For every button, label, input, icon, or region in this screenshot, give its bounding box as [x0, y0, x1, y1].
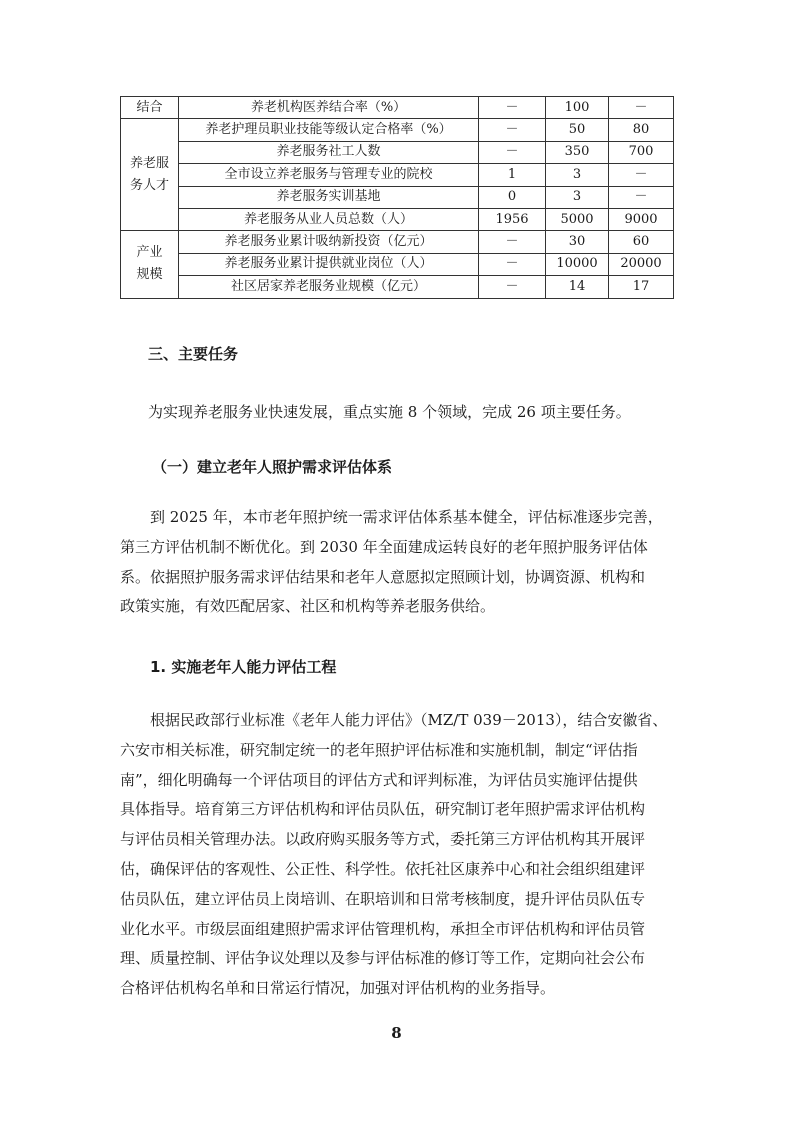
- paragraph-1: 到 2025 年，本市老年照护统一需求评估体系基本健全，评估标准逐步完善， 第三…: [120, 503, 675, 622]
- table-cell-indicator: 养老服务实训基地: [179, 186, 479, 208]
- table-cell-value: 1: [479, 164, 546, 186]
- table-row: 全市设立养老服务与管理专业的院校 1 3 －: [121, 164, 674, 186]
- table-row: 社区居家养老服务业规模（亿元） － 14 17: [121, 276, 674, 298]
- table-cell-value: 14: [546, 276, 609, 298]
- table-row: 养老服务社工人数 － 350 700: [121, 141, 674, 163]
- table-row: 结合 养老机构医养结合率（%） － 100 －: [121, 97, 674, 119]
- table-row: 养老服务实训基地 0 3 －: [121, 186, 674, 208]
- table-cell-value: －: [479, 141, 546, 163]
- paragraph-line: 理、质量控制、评估争议处理以及参与评估标准的修订等工作，定期向社会公布: [120, 944, 675, 974]
- category-line: 规模: [136, 267, 162, 282]
- table-cell-value: 9000: [609, 208, 674, 230]
- table-cell-value: －: [609, 164, 674, 186]
- table-cell-category: 结合: [121, 97, 179, 119]
- intro-paragraph: 为实现养老服务业快速发展，重点实施 8 个领域，完成 26 项主要任务。: [148, 398, 678, 428]
- table-row: 产业 规模 养老服务业累计吸纳新投资（亿元） － 30 60: [121, 231, 674, 253]
- paragraph-line: 与评估员相关管理办法。以政府购买服务等方式，委托第三方评估机构其开展评: [120, 825, 675, 855]
- table-cell-indicator: 养老机构医养结合率（%）: [179, 97, 479, 119]
- paragraph-line: 第三方评估机制不断优化。到 2030 年全面建成运转良好的老年照护服务评估体: [120, 533, 675, 563]
- table-cell-indicator: 养老护理员职业技能等级认定合格率（%）: [179, 119, 479, 141]
- indicator-table: 结合 养老机构医养结合率（%） － 100 － 养老服 务人才 养老护理员职业技…: [120, 96, 674, 299]
- paragraph-line: 根据民政部行业标准《老年人能力评估》（MZ/T 039－2013），结合安徽省、: [120, 706, 675, 736]
- category-line: 产业: [136, 245, 162, 260]
- table-cell-indicator: 社区居家养老服务业规模（亿元）: [179, 276, 479, 298]
- section-heading: 三、主要任务: [148, 343, 238, 364]
- table-row: 养老服务业累计提供就业岗位（人） － 10000 20000: [121, 253, 674, 275]
- paragraph-line: 六安市相关标准，研究制定统一的老年照护评估标准和实施机制，制定“评估指: [120, 736, 675, 766]
- table-cell-value: －: [609, 97, 674, 119]
- table-cell-value: 0: [479, 186, 546, 208]
- table-cell-value: 50: [546, 119, 609, 141]
- paragraph-line: 合格评估机构名单和日常运行情况，加强对评估机构的业务指导。: [120, 974, 675, 1004]
- table-cell-value: 3: [546, 186, 609, 208]
- category-line: 养老服: [130, 156, 169, 171]
- table-cell-category: 产业 规模: [121, 231, 179, 298]
- table-cell-indicator: 养老服务业累计吸纳新投资（亿元）: [179, 231, 479, 253]
- table-cell-value: 20000: [609, 253, 674, 275]
- paragraph-line: 政策实施，有效匹配居家、社区和机构等养老服务供给。: [120, 592, 675, 622]
- table-cell-category: 养老服 务人才: [121, 119, 179, 231]
- table-cell-value: －: [479, 97, 546, 119]
- table-cell-value: 5000: [546, 208, 609, 230]
- table-cell-value: 80: [609, 119, 674, 141]
- paragraph-line: 南”，细化明确每一个评估项目的评估方式和评判标准，为评估员实施评估提供: [120, 766, 675, 796]
- table-cell-value: 60: [609, 231, 674, 253]
- table-row: 养老服务从业人员总数（人） 1956 5000 9000: [121, 208, 674, 230]
- paragraph-line: 到 2025 年，本市老年照护统一需求评估体系基本健全，评估标准逐步完善，: [120, 503, 675, 533]
- paragraph-line: 具体指导。培育第三方评估机构和评估员队伍，研究制订老年照护需求评估机构: [120, 795, 675, 825]
- table-cell-value: －: [479, 253, 546, 275]
- table-cell-indicator: 养老服务从业人员总数（人）: [179, 208, 479, 230]
- subsection-heading: （一）建立老年人照护需求评估体系: [152, 456, 392, 477]
- paragraph-2: 根据民政部行业标准《老年人能力评估》（MZ/T 039－2013），结合安徽省、…: [120, 706, 675, 1004]
- table-cell-indicator: 养老服务业累计提供就业岗位（人）: [179, 253, 479, 275]
- table-cell-value: 10000: [546, 253, 609, 275]
- table-cell-value: 30: [546, 231, 609, 253]
- table-cell-indicator: 养老服务社工人数: [179, 141, 479, 163]
- table-cell-value: 100: [546, 97, 609, 119]
- paragraph-line: 业化水平。市级层面组建照护需求评估管理机构，承担全市评估机构和评估员管: [120, 915, 675, 945]
- page-number: 8: [0, 1024, 793, 1042]
- table-cell-value: 17: [609, 276, 674, 298]
- paragraph-line: 估，确保评估的客观性、公正性、科学性。依托社区康养中心和社会组织组建评: [120, 855, 675, 885]
- table-cell-value: －: [609, 186, 674, 208]
- table-row: 养老服 务人才 养老护理员职业技能等级认定合格率（%） － 50 80: [121, 119, 674, 141]
- table-cell-value: 1956: [479, 208, 546, 230]
- category-line: 务人才: [130, 178, 169, 193]
- paragraph-line: 系。依据照护服务需求评估结果和老年人意愿拟定照顾计划，协调资源、机构和: [120, 563, 675, 593]
- item-heading: 1. 实施老年人能力评估工程: [150, 656, 336, 677]
- table-cell-indicator: 全市设立养老服务与管理专业的院校: [179, 164, 479, 186]
- table-cell-value: －: [479, 119, 546, 141]
- table-cell-value: 3: [546, 164, 609, 186]
- table-cell-value: －: [479, 231, 546, 253]
- paragraph-line: 估员队伍，建立评估员上岗培训、在职培训和日常考核制度，提升评估员队伍专: [120, 885, 675, 915]
- table-cell-value: －: [479, 276, 546, 298]
- table-cell-value: 350: [546, 141, 609, 163]
- table-cell-value: 700: [609, 141, 674, 163]
